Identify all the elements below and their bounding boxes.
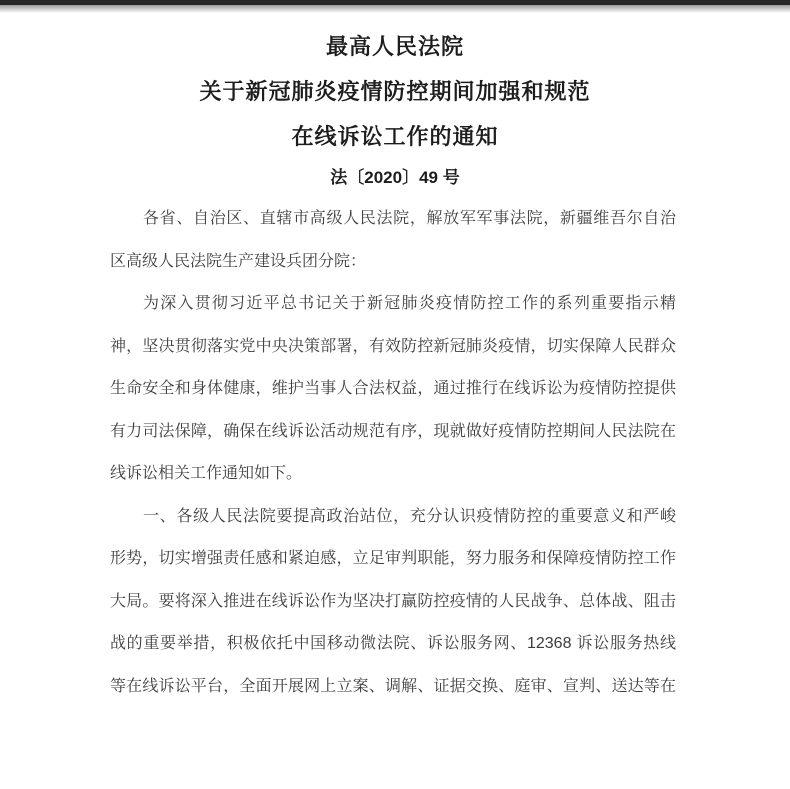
- page-title-line: 在线诉讼工作的通知: [0, 114, 790, 159]
- text-line: 形势，切实增强责任感和紧迫感，立足审判职能，努力服务和保障疫情防控工作: [110, 538, 676, 581]
- document-paragraph: 一、各级人民法院要提高政治站位，充分认识疫情防控的重要意义和严峻形势，切实增强责…: [110, 496, 676, 709]
- text-line: 区高级人民法院生产建设兵团分院：: [110, 241, 676, 284]
- document-paragraph: 为深入贯彻习近平总书记关于新冠肺炎疫情防控工作的系列重要指示精神，坚决贯彻落实党…: [110, 283, 676, 496]
- document-paragraph: 各省、自治区、直辖市高级人民法院，解放军军事法院，新疆维吾尔自治区高级人民法院生…: [110, 198, 676, 283]
- page-title-line: 最高人民法院: [0, 24, 790, 69]
- document-title: 最高人民法院关于新冠肺炎疫情防控期间加强和规范在线诉讼工作的通知: [0, 24, 790, 159]
- text-line: 有力司法保障，确保在线诉讼活动规范有序，现就做好疫情防控期间人民法院在: [110, 411, 676, 454]
- document-body: 各省、自治区、直辖市高级人民法院，解放军军事法院，新疆维吾尔自治区高级人民法院生…: [110, 198, 676, 708]
- text-line: 大局。要将深入推进在线诉讼作为坚决打赢防控疫情的人民战争、总体战、阻击: [110, 581, 676, 624]
- text-line: 神，坚决贯彻落实党中央决策部署，有效防控新冠肺炎疫情，切实保障人民群众: [110, 326, 676, 369]
- document-page: 最高人民法院关于新冠肺炎疫情防控期间加强和规范在线诉讼工作的通知 法〔2020〕…: [0, 0, 790, 789]
- text-line: 生命安全和身体健康，维护当事人合法权益，通过推行在线诉讼为疫情防控提供: [110, 368, 676, 411]
- text-line: 战的重要举措，积极依托中国移动微法院、诉讼服务网、12368 诉讼服务热线: [110, 623, 676, 666]
- text-line: 线诉讼相关工作通知如下。: [110, 453, 676, 496]
- text-line: 一、各级人民法院要提高政治站位，充分认识疫情防控的重要意义和严峻: [110, 496, 676, 539]
- text-line: 为深入贯彻习近平总书记关于新冠肺炎疫情防控工作的系列重要指示精: [110, 283, 676, 326]
- text-line: 等在线诉讼平台，全面开展网上立案、调解、证据交换、庭审、宣判、送达等在: [110, 666, 676, 709]
- page-title-line: 关于新冠肺炎疫情防控期间加强和规范: [0, 69, 790, 114]
- document-number: 法〔2020〕49 号: [0, 159, 790, 196]
- text-line: 各省、自治区、直辖市高级人民法院，解放军军事法院，新疆维吾尔自治: [110, 198, 676, 241]
